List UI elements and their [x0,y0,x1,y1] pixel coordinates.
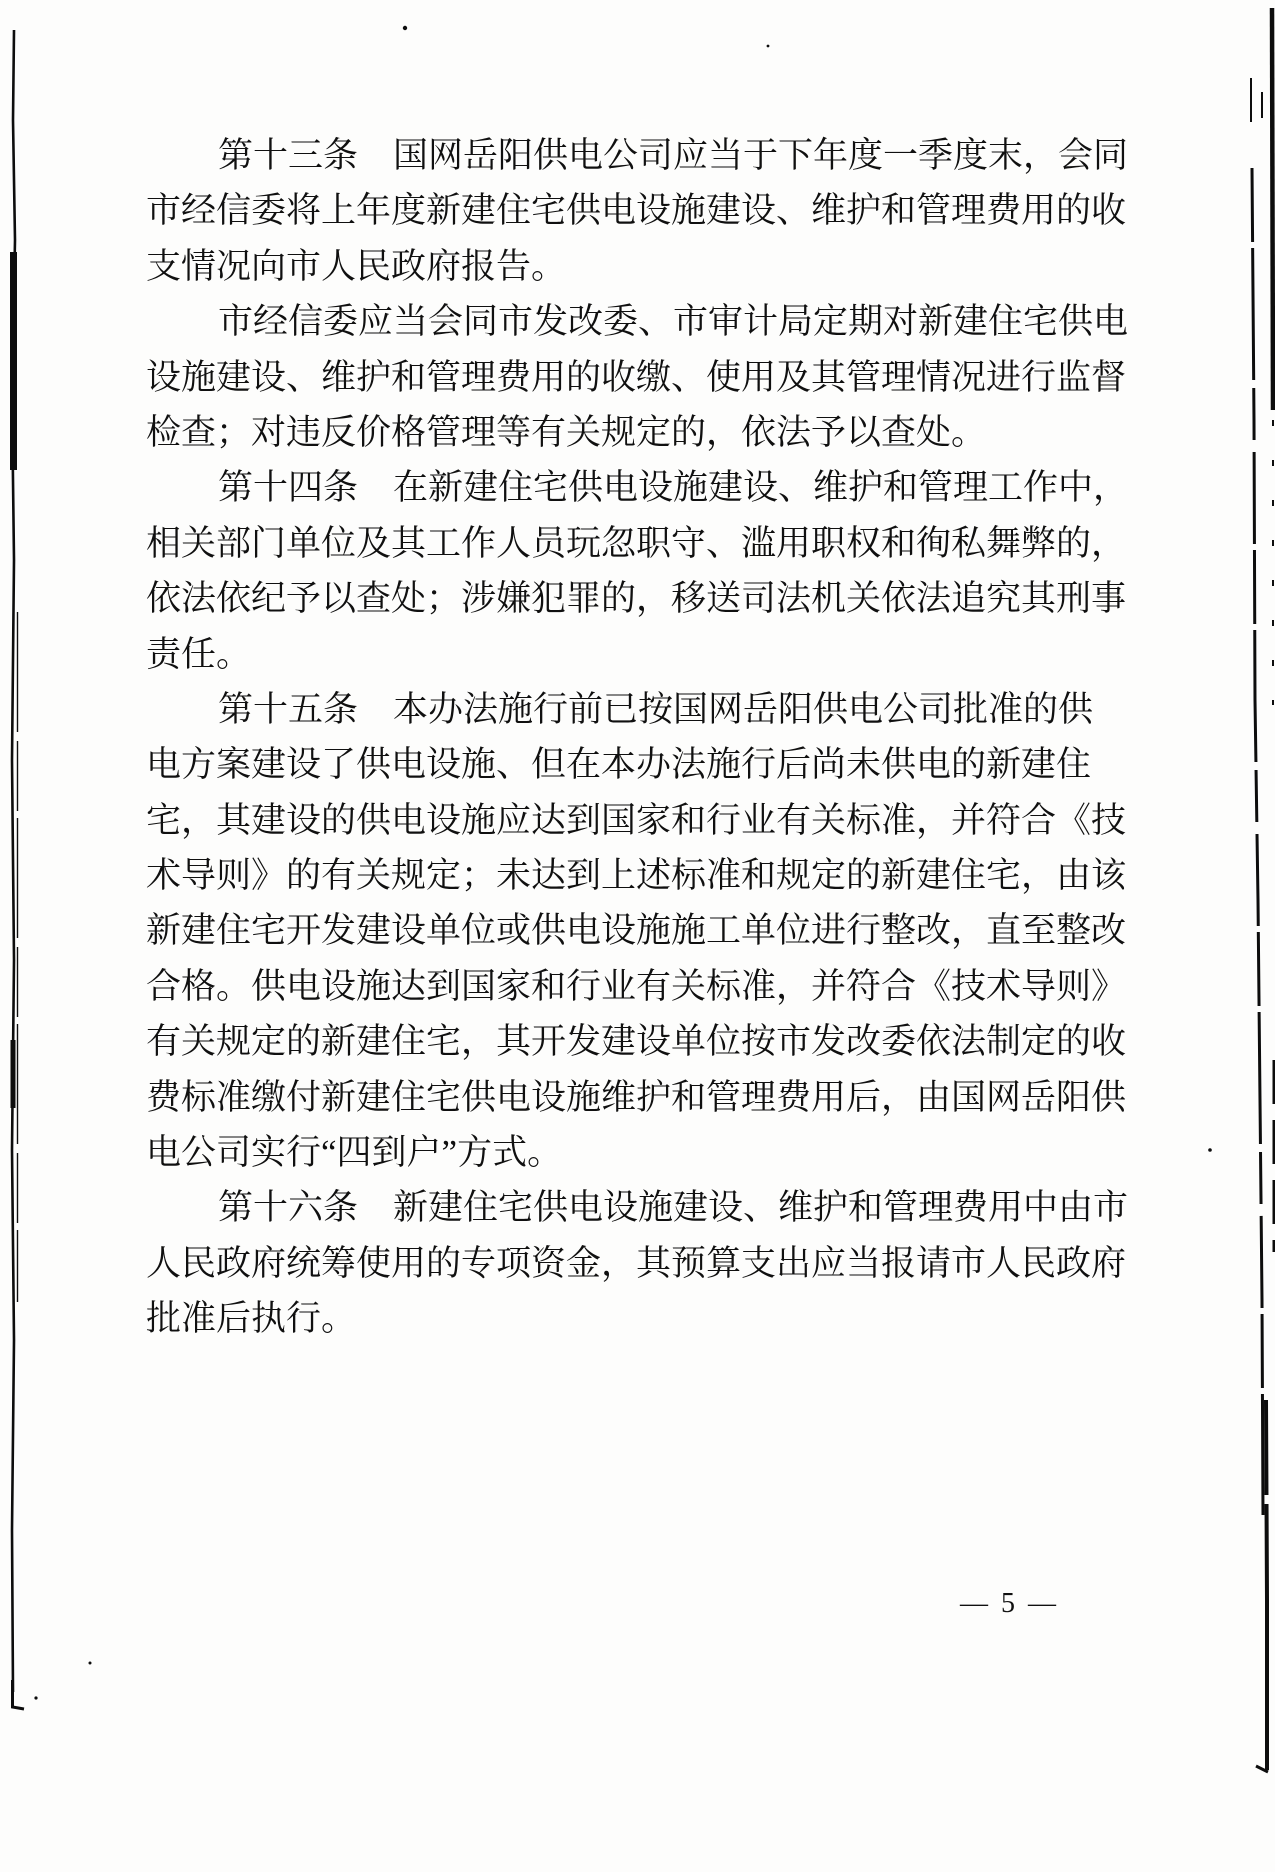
text-line: 第十四条 在新建住宅供电设施建设、维护和管理工作中， [146,460,1086,515]
text-line: 第十三条 国网岳阳供电公司应当于下年度一季度末，会同 [146,128,1086,183]
text-line: 批准后执行。 [146,1291,1086,1346]
page-number: — 5 — [960,1588,1120,1620]
text-line: 市经信委应当会同市发改委、市审计局定期对新建住宅供电 [146,294,1086,349]
text-line: 检查；对违反价格管理等有关规定的，依法予以查处。 [146,405,1086,460]
text-line: 有关规定的新建住宅，其开发建设单位按市发改委依法制定的收 [146,1014,1086,1069]
text-line: 第十五条 本办法施行前已按国网岳阳供电公司批准的供 [146,682,1086,737]
scanned-document-page: 第十三条 国网岳阳供电公司应当于下年度一季度末，会同 市经信委将上年度新建住宅供… [0,0,1275,1872]
text-line: 宅，其建设的供电设施应达到国家和行业有关标准，并符合《技 [146,793,1086,848]
text-line: 第十六条 新建住宅供电设施建设、维护和管理费用中由市 [146,1180,1086,1235]
text-line: 新建住宅开发建设单位或供电设施施工单位进行整改，直至整改 [146,903,1086,958]
text-line: 人民政府统筹使用的专项资金，其预算支出应当报请市人民政府 [146,1236,1086,1291]
text-line: 依法依纪予以查处；涉嫌犯罪的，移送司法机关依法追究其刑事 [146,571,1086,626]
document-body: 第十三条 国网岳阳供电公司应当于下年度一季度末，会同 市经信委将上年度新建住宅供… [146,128,1086,1347]
text-line: 支情况向市人民政府报告。 [146,239,1086,294]
text-line: 合格。供电设施达到国家和行业有关标准，并符合《技术导则》 [146,959,1086,1014]
text-line: 费标准缴付新建住宅供电设施维护和管理费用后，由国网岳阳供 [146,1070,1086,1125]
text-line: 责任。 [146,627,1086,682]
text-line: 电方案建设了供电设施、但在本办法施行后尚未供电的新建住 [146,737,1086,792]
text-line: 市经信委将上年度新建住宅供电设施建设、维护和管理费用的收 [146,183,1086,238]
text-line: 相关部门单位及其工作人员玩忽职守、滥用职权和徇私舞弊的， [146,516,1086,571]
text-line: 电公司实行“四到户”方式。 [146,1125,1086,1180]
text-line: 设施建设、维护和管理费用的收缴、使用及其管理情况进行监督 [146,350,1086,405]
text-line: 术导则》的有关规定；未达到上述标准和规定的新建住宅，由该 [146,848,1086,903]
